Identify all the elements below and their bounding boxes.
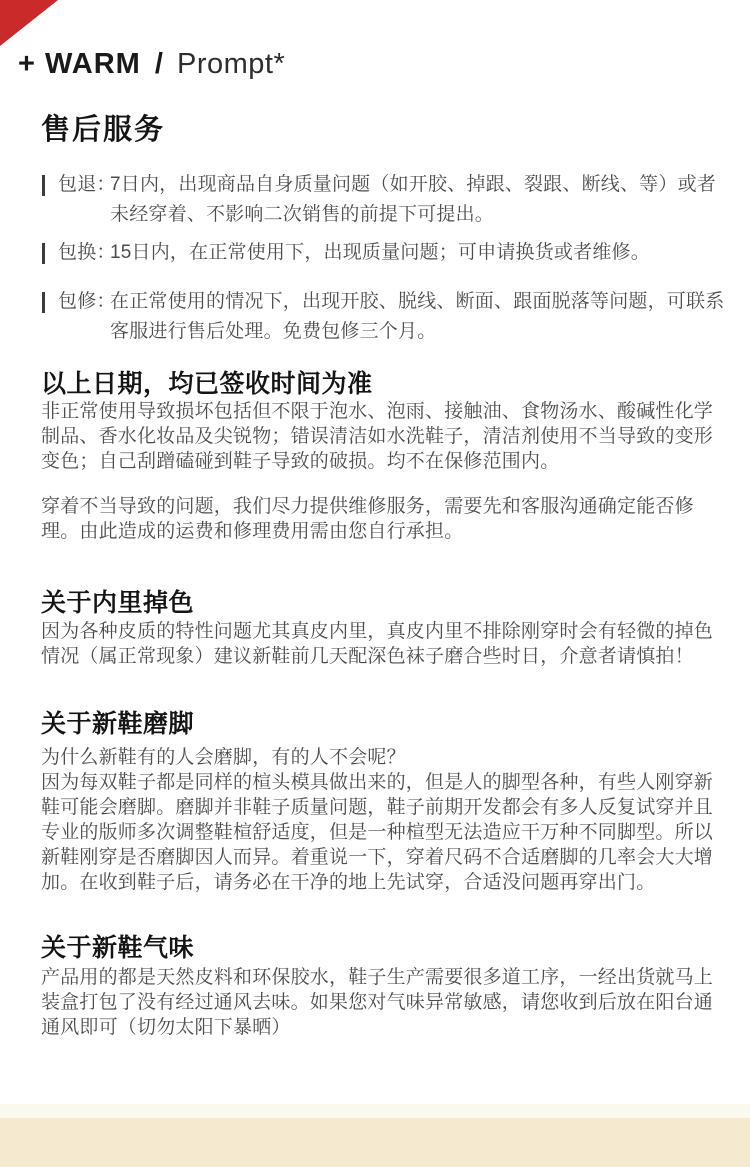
footer-light-strip: [0, 1104, 750, 1118]
section-title-rubbing: 关于新鞋磨脚: [41, 710, 194, 738]
section-title-after-sales: 售后服务: [41, 114, 165, 146]
service-item-label: 包退：: [58, 170, 116, 200]
paragraph-text: 非正常使用导致损坏包括但不限于泡水、泡雨、接触油、食物汤水、酸碱性化学制品、香水…: [41, 399, 729, 474]
brand-header: + WARM / Prompt*: [18, 48, 285, 80]
brand-name: + WARM: [18, 48, 141, 80]
smell-paragraph: 产品用的都是天然皮料和环保胶水，鞋子生产需要很多道工序，一经出货就马上装盒打包了…: [41, 965, 729, 1040]
brand-subtitle: Prompt*: [177, 48, 285, 80]
paragraph-text: 因为每双鞋子都是同样的楦头模具做出来的，但是人的脚型各种，有些人刚穿新鞋可能会磨…: [41, 770, 729, 895]
lining-paragraph: 因为各种皮质的特性问题尤其真皮内里，真皮内里不排除刚穿时会有轻微的掉色情况（属正…: [41, 619, 729, 669]
red-corner-accent: [0, 0, 58, 46]
service-item-exchange: 包换： 15日内，在正常使用下，出现质量问题；可申请换货或者维修。: [41, 238, 729, 268]
paragraph-text: 为什么新鞋有的人会磨脚，有的人不会呢？: [41, 745, 729, 770]
brand-divider: /: [155, 48, 163, 80]
paragraph-text: 产品用的都是天然皮料和环保胶水，鞋子生产需要很多道工序，一经出货就马上装盒打包了…: [41, 965, 729, 1040]
service-item-label: 包修：: [58, 287, 116, 317]
service-item-repair: 包修： 在正常使用的情况下，出现开胶、脱线、断面、跟面脱落等问题，可联系客服进行…: [41, 287, 729, 347]
rubbing-paragraphs: 为什么新鞋有的人会磨脚，有的人不会呢？ 因为每双鞋子都是同样的楦头模具做出来的，…: [41, 745, 729, 895]
date-note-paragraph-1: 非正常使用导致损坏包括但不限于泡水、泡雨、接触油、食物汤水、酸碱性化学制品、香水…: [41, 399, 729, 474]
paragraph-text: 因为各种皮质的特性问题尤其真皮内里，真皮内里不排除刚穿时会有轻微的掉色情况（属正…: [41, 619, 729, 669]
section-title-date-note: 以上日期，均已签收时间为准: [41, 370, 373, 398]
paragraph-text: 穿着不当导致的问题，我们尽力提供维修服务，需要先和客服沟通确定能否修理。由此造成…: [41, 494, 729, 544]
service-item-label: 包换：: [58, 238, 116, 268]
section-title-lining: 关于内里掉色: [41, 589, 194, 617]
bullet-bar-icon: [42, 292, 45, 313]
service-item-text: 在正常使用的情况下，出现开胶、脱线、断面、跟面脱落等问题，可联系客服进行售后处理…: [110, 291, 724, 342]
after-sales-notice-page: + WARM / Prompt* 售后服务 包退： 7日内，出现商品自身质量问题…: [0, 0, 750, 1167]
service-item-text: 15日内，在正常使用下，出现质量问题；可申请换货或者维修。: [110, 242, 650, 263]
service-item-refund: 包退： 7日内，出现商品自身质量问题（如开胶、掉跟、裂跟、断线、等）或者未经穿着…: [41, 170, 729, 230]
bullet-bar-icon: [42, 175, 45, 196]
section-title-smell: 关于新鞋气味: [41, 934, 194, 962]
bullet-bar-icon: [42, 243, 45, 264]
service-item-text: 7日内，出现商品自身质量问题（如开胶、掉跟、裂跟、断线、等）或者未经穿着、不影响…: [110, 174, 716, 225]
footer-beige-bar: [0, 1118, 750, 1167]
date-note-paragraph-2: 穿着不当导致的问题，我们尽力提供维修服务，需要先和客服沟通确定能否修理。由此造成…: [41, 494, 729, 544]
